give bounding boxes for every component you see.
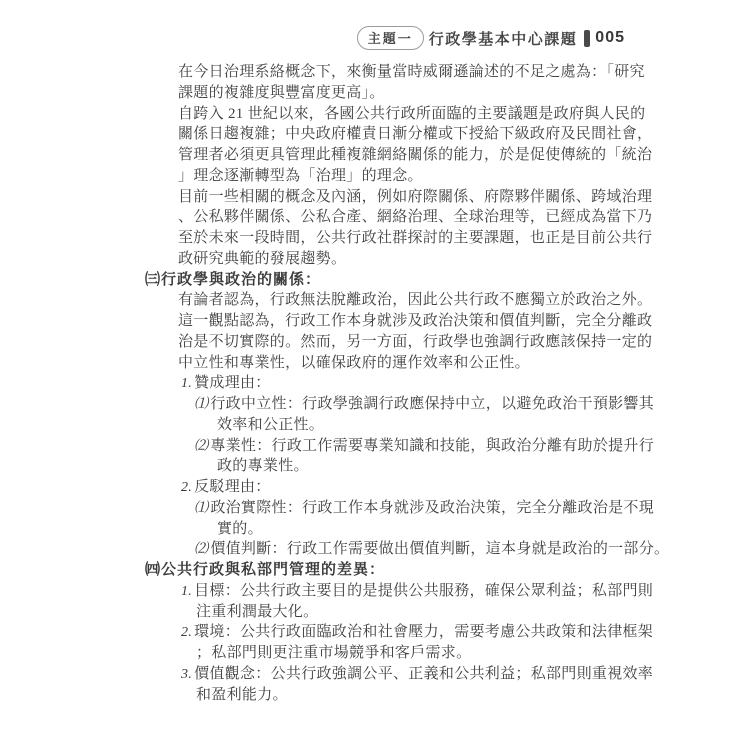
- page-number-bar-icon: [584, 30, 590, 47]
- book-page: 主題一 行政學基本中心課題 005 在今日治理系絡概念下，來衡量當時威爾遜論述的…: [0, 0, 750, 750]
- text-line: 效率和公正性。: [0, 415, 750, 436]
- text-line: ⑵專業性：行政工作需要專業知識和技能，與政治分離有助於提升行: [0, 436, 750, 457]
- text-line: 政的專業性。: [0, 456, 750, 477]
- text-line: 1.目標：公共行政主要目的是提供公共服務，確保公眾利益；私部門則: [0, 581, 750, 602]
- chapter-title: 行政學基本中心課題: [429, 28, 578, 49]
- text-line: 1.贊成理由：: [0, 373, 750, 394]
- section-heading-line: ㈣公共行政與私部門管理的差異：: [0, 560, 750, 581]
- item-number: ⑴: [194, 501, 208, 516]
- text-line: 2.反駁理由：: [0, 477, 750, 498]
- text-line: 、公私夥伴關係、公私合產、網絡治理、全球治理等，已經成為當下乃: [0, 207, 750, 228]
- text-line: 關係日趨複雜；中央政府權責日漸分權或下授給下級政府及民間社會，: [0, 124, 750, 145]
- text-line: 」理念逐漸轉型為「治理」的理念。: [0, 166, 750, 187]
- item-number: 2.: [181, 480, 192, 495]
- item-text: 價值觀念：公共行政強調公平、正義和公共利益；私部門則重視效率: [194, 666, 653, 682]
- text-line: 目前一些相關的概念及內涵，例如府際關係、府際夥伴關係、跨域治理: [0, 187, 750, 208]
- text-line: ⑵價值判斷：行政工作需要做出價值判斷，這本身就是政治的一部分。: [0, 539, 750, 560]
- item-text: 政治實際性：行政工作本身就涉及政治決策，完全分離政治是不現: [210, 500, 654, 516]
- item-number: 2.: [181, 625, 192, 640]
- text-line: 政研究典範的發展趨勢。: [0, 249, 750, 270]
- text-line: 2.環境：公共行政面臨政治和社會壓力，需要考慮公共政策和法律框架: [0, 622, 750, 643]
- text-line: 在今日治理系絡概念下，來衡量當時威爾遜論述的不足之處為：「研究: [0, 62, 750, 83]
- item-text: 環境：公共行政面臨政治和社會壓力，需要考慮公共政策和法律框架: [194, 624, 653, 640]
- item-number: 1.: [181, 376, 192, 391]
- section-heading-line: ㈢行政學與政治的關係：: [0, 270, 750, 291]
- running-head: 主題一 行政學基本中心課題 005: [357, 26, 625, 50]
- text-line: 和盈利能力。: [0, 685, 750, 706]
- item-number: 3.: [181, 667, 192, 682]
- text-line: 課題的複雜度與豐富度更高」。: [0, 83, 750, 104]
- item-text: 目標：公共行政主要目的是提供公共服務，確保公眾利益；私部門則: [194, 583, 653, 599]
- text-line: ⑴行政中立性：行政學強調行政應保持中立，以避免政治干預影響其: [0, 394, 750, 415]
- text-line: 治是不切實際的。然而，另一方面，行政學也強調行政應該保持一定的: [0, 332, 750, 353]
- page-text-content: 在今日治理系絡概念下，來衡量當時威爾遜論述的不足之處為：「研究課題的複雜度與豐富…: [0, 62, 750, 705]
- item-text: 反駁理由：: [194, 479, 271, 495]
- page-number: 005: [595, 29, 625, 47]
- text-line: 3.價值觀念：公共行政強調公平、正義和公共利益；私部門則重視效率: [0, 664, 750, 685]
- text-line: ；私部門則更注重市場競爭和客戶需求。: [0, 643, 750, 664]
- topic-badge: 主題一: [357, 26, 424, 50]
- item-number: ⑵: [194, 439, 208, 454]
- text-line: 這一觀點認為，行政工作本身就涉及政治決策和價值判斷，完全分離政: [0, 311, 750, 332]
- item-number: 1.: [181, 584, 192, 599]
- item-number: ⑴: [194, 397, 208, 412]
- item-text: 贊成理由：: [194, 375, 271, 391]
- text-line: 自跨入 21 世紀以來，各國公共行政所面臨的主要議題是政府與人民的: [0, 104, 750, 125]
- item-text: 價值判斷：行政工作需要做出價值判斷，這本身就是政治的一部分。: [210, 541, 669, 557]
- text-line: ⑴政治實際性：行政工作本身就涉及政治決策，完全分離政治是不現: [0, 498, 750, 519]
- item-number: ⑵: [194, 542, 208, 557]
- text-line: 有論者認為，行政無法脫離政治，因此公共行政不應獨立於政治之外。: [0, 290, 750, 311]
- item-text: 專業性：行政工作需要專業知識和技能，與政治分離有助於提升行: [210, 438, 654, 454]
- text-line: 中立性和專業性，以確保政府的運作效率和公正性。: [0, 353, 750, 374]
- item-text: 行政中立性：行政學強調行政應保持中立，以避免政治干預影響其: [210, 396, 654, 412]
- text-line: 實的。: [0, 519, 750, 540]
- text-line: 注重利潤最大化。: [0, 602, 750, 623]
- text-line: 管理者必須更具管理此種複雜網絡關係的能力，於是促使傳統的「統治: [0, 145, 750, 166]
- text-line: 至於未來一段時間，公共行政社群探討的主要課題，也正是目前公共行: [0, 228, 750, 249]
